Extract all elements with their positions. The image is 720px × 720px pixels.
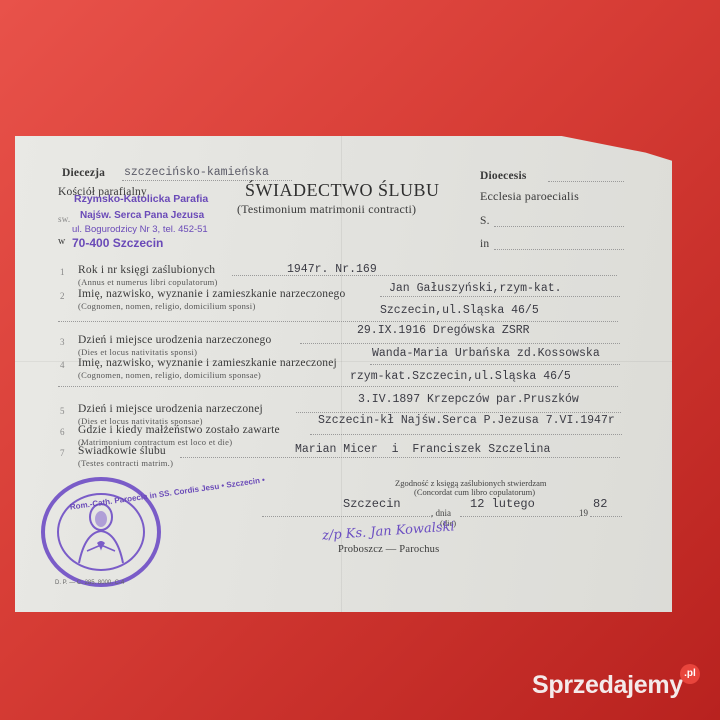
field-6-line [310, 434, 622, 435]
field-5-number: 5 [60, 406, 65, 416]
place-line [262, 516, 432, 517]
dioecesis-label: Dioecesis [480, 170, 527, 182]
field-3-number: 3 [60, 337, 65, 347]
field-7-value: Marian Micer i Franciszek Szczelina [295, 443, 550, 456]
certification-year: 82 [593, 497, 607, 511]
year-prefix: 19 [579, 508, 588, 518]
field-5-line [296, 412, 621, 413]
field-3-label: Dzień i miejsce urodzenia narzeczonego [78, 334, 271, 346]
watermark-pl-badge: .pl [680, 664, 700, 684]
field-6-value: Szczecin-kł Najśw.Serca P.Jezusa 7.VI.19… [318, 414, 615, 427]
field-6-label: Gdzie i kiedy małżeństwo zostało zawarte [78, 424, 280, 436]
field-1-label: Rok i nr księgi zaślubionych [78, 264, 215, 276]
field-5-value: 3.IV.1897 Krzepczów par.Pruszków [358, 393, 579, 406]
field-7-line [180, 457, 620, 458]
field-3-line [300, 343, 620, 344]
field-2-line [380, 296, 620, 297]
s-label: S. [480, 215, 490, 227]
document-title-latin: (Testimonium matrimonii contracti) [237, 202, 416, 217]
in-line [494, 249, 624, 250]
field-2-number: 2 [60, 291, 65, 301]
s-line [494, 226, 624, 227]
w-label: w [58, 236, 65, 247]
certification-place: Szczecin [343, 497, 401, 511]
field-1-number: 1 [60, 267, 65, 277]
field-2-value-line2: Szczecin,ul.Sląska 46/5 [380, 304, 539, 317]
dioecesis-line [548, 181, 624, 182]
parish-stamp-line2: Najśw. Serca Pana Jezusa [80, 210, 204, 221]
diocese-label: Diecezja [62, 167, 105, 179]
field-2-label: Imię, nazwisko, wyznanie i zamieszkanie … [78, 288, 345, 300]
field-3-value: 29.IX.1916 Dregówska ZSRR [357, 324, 530, 337]
sprzedajemy-watermark: Sprzedajemy [532, 671, 683, 700]
dnia-label: , dnia [431, 508, 451, 518]
parish-stamp-line3: ul. Bogurodzicy Nr 3, tel. 452-51 [72, 224, 208, 235]
field-4-latin: (Cognomen, nomen, religio, domicilium sp… [78, 370, 261, 380]
field-2-line2 [58, 321, 618, 322]
field-4-label: Imię, nazwisko, wyznanie i zamieszkanie … [78, 357, 337, 369]
field-2-value: Jan Gałuszyński,rzym-kat. [389, 282, 562, 295]
certification-latin: (Concordat cum libro copulatorum) [414, 487, 535, 497]
sw-label: sw. [58, 214, 70, 224]
print-code: D. P. — C. 285. 8000. C-4 [55, 580, 124, 586]
field-1-latin: (Annus et numerus libri copulatorum) [78, 277, 218, 287]
certification-date: 12 lutego [470, 497, 535, 511]
field-4-value-line2: rzym-kat.Szczecin,ul.Sląska 46/5 [350, 370, 571, 383]
year-line [590, 516, 622, 517]
field-2-latin: (Cognomen, nomen, religio, domicilium sp… [78, 301, 256, 311]
parish-seal: Rom.-Cath. Paroecia in SS. Cordis Jesu •… [41, 477, 161, 587]
field-6-number: 6 [60, 427, 65, 437]
field-3-latin: (Dies et locus nativitatis sponsi) [78, 347, 197, 357]
field-4-value: Wanda-Maria Urbańska zd.Kossowska [372, 347, 600, 360]
field-7-label: Świadkowie ślubu [78, 445, 166, 457]
field-1-line [232, 275, 617, 276]
date-line [460, 516, 580, 517]
parish-stamp-line1: Rzymsko-Katolicka Parafia [74, 193, 208, 205]
diocese-value: szczecińsko-kamieńska [124, 166, 269, 179]
document-title: ŚWIADECTWO ŚLUBU [245, 180, 440, 201]
field-4-number: 4 [60, 360, 65, 370]
field-7-latin: (Testes contracti matrim.) [78, 458, 173, 468]
field-5-label: Dzień i miejsce urodzenia narzeczonej [78, 403, 263, 415]
ecclesia-label: Ecclesia paroecialis [480, 189, 579, 204]
field-4-line [370, 364, 620, 365]
in-label: in [480, 238, 489, 250]
field-4-line2 [58, 386, 618, 387]
field-7-number: 7 [60, 448, 65, 458]
signer-role: Proboszcz — Parochus [338, 544, 439, 555]
parish-stamp-line4: 70-400 Szczecin [72, 236, 163, 250]
